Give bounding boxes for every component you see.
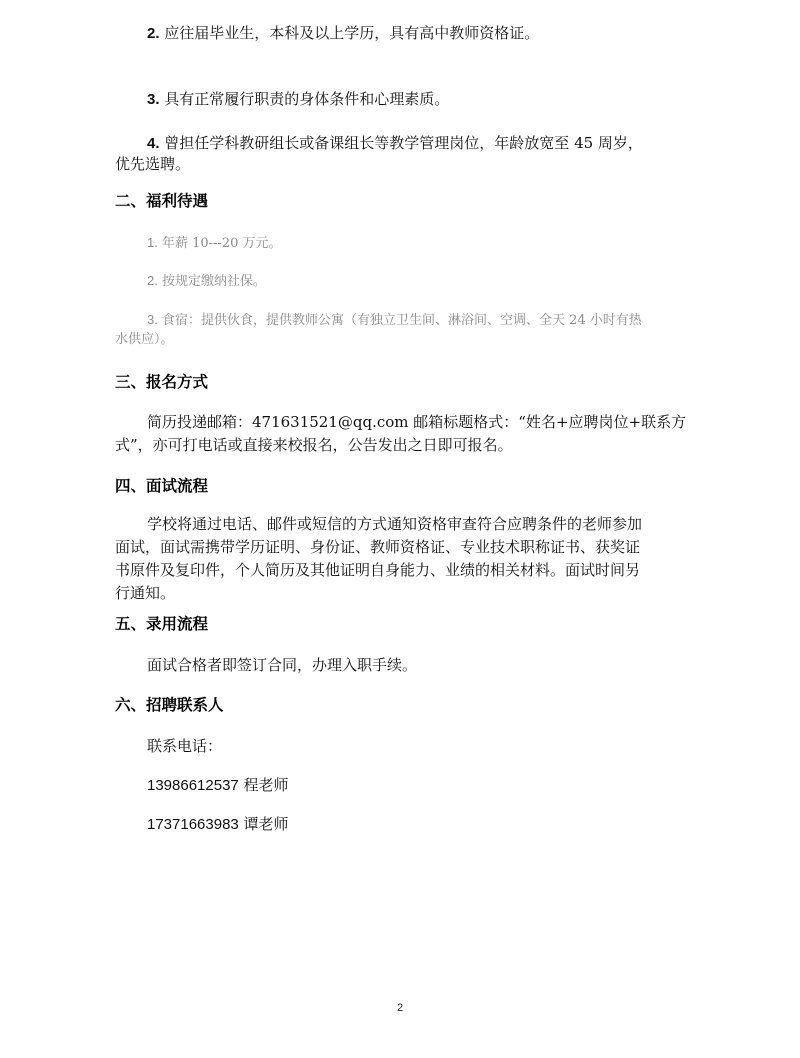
requirement-item-2: 2. 应往届毕业生，本科及以上学历，具有高中教师资格证。 (115, 21, 722, 46)
document-page: 2. 应往届毕业生，本科及以上学历，具有高中教师资格证。 3. 具有正常履行职责… (0, 0, 800, 1058)
application-text-line1: 简历投递邮箱：471631521@qq.com 邮箱标题格式：“姓名+应聘岗位+… (115, 410, 722, 434)
section-heading-contacts: 六、招聘联系人 (115, 693, 224, 717)
contact-phone: 13986612537 (147, 777, 239, 794)
contact-name: 谭老师 (244, 815, 289, 833)
contact-name: 程老师 (244, 776, 289, 794)
interview-text-line2: 面试，面试需携带学历证明、身份证、教师资格证、专业技术职称证书、获奖证 (115, 535, 690, 559)
application-text-line2: 式”，亦可打电话或直接来校报名，公告发出之日即可报名。 (115, 433, 690, 457)
contact-item: 17371663983 谭老师 (115, 812, 722, 837)
benefit-item-2: 2. 按规定缴纳社保。 (115, 269, 722, 294)
requirement-item-4-cont: 优先选聘。 (115, 152, 690, 176)
section-heading-benefits: 二、福利待遇 (115, 189, 208, 213)
contact-label: 联系电话： (115, 734, 722, 758)
contact-item: 13986612537 程老师 (115, 773, 722, 798)
section-heading-application: 三、报名方式 (115, 370, 208, 394)
benefit-item-1: 1. 年薪 10---20 万元。 (115, 231, 722, 256)
requirement-item-3: 3. 具有正常履行职责的身体条件和心理素质。 (115, 87, 722, 112)
section-heading-hiring: 五、录用流程 (115, 612, 208, 636)
interview-text-line4: 行通知。 (115, 581, 690, 605)
section-heading-interview: 四、面试流程 (115, 474, 208, 498)
contact-phone: 17371663983 (147, 816, 239, 833)
page-number: 2 (0, 1002, 800, 1014)
hiring-text: 面试合格者即签订合同，办理入职手续。 (115, 653, 722, 677)
interview-text-line1: 学校将通过电话、邮件或短信的方式通知资格审查符合应聘条件的老师参加 (115, 512, 722, 536)
interview-text-line3: 书原件及复印件，个人简历及其他证明自身能力、业绩的相关材料。面试时间另 (115, 558, 690, 582)
benefit-item-3-cont: 水供应）。 (115, 328, 690, 352)
